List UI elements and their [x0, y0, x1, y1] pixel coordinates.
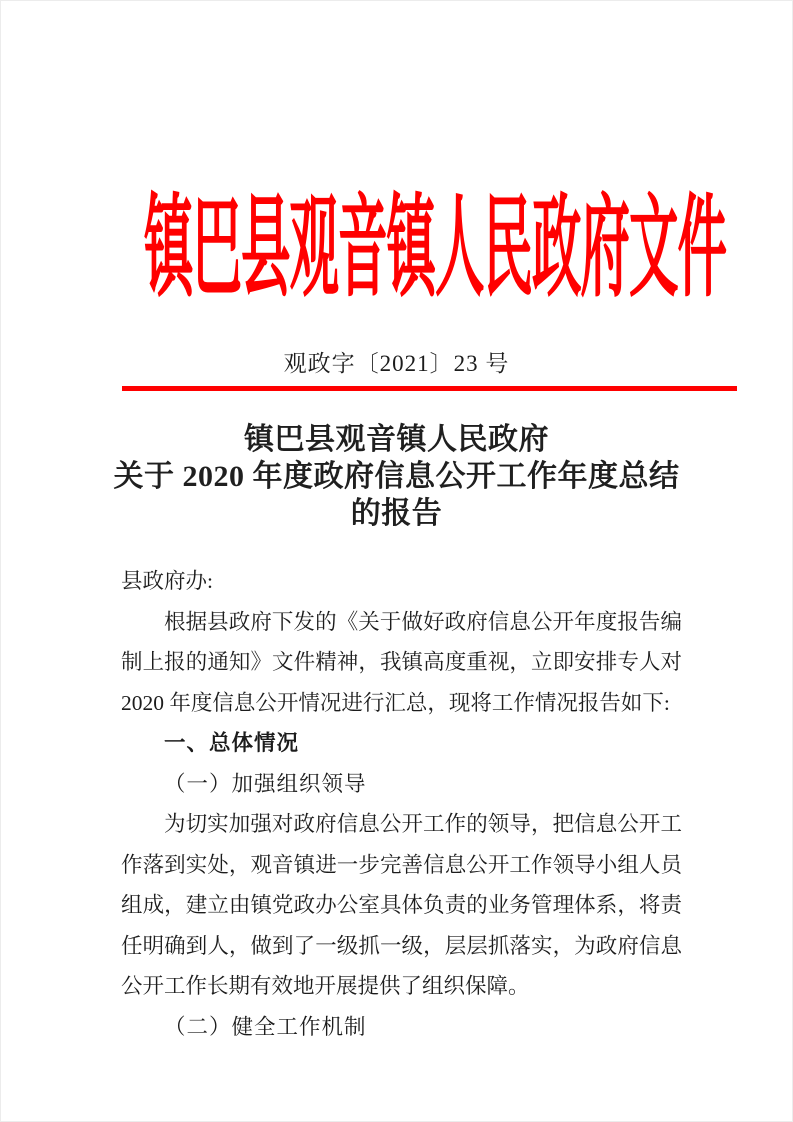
- document-body: 县政府办: 根据县政府下发的《关于做好政府信息公开年度报告编制上报的通知》文件精…: [121, 561, 682, 1047]
- title-line-1: 镇巴县观音镇人民政府: [1, 421, 792, 458]
- section-1-sub-2-heading: （二）健全工作机制: [121, 1007, 682, 1048]
- salutation: 县政府办:: [121, 561, 682, 602]
- document-page: 镇巴县观音镇人民政府文件 观政字〔2021〕23 号 镇巴县观音镇人民政府 关于…: [0, 0, 793, 1122]
- section-1-sub-1-heading: （一）加强组织领导: [121, 764, 682, 805]
- red-header-banner: 镇巴县观音镇人民政府文件: [38, 159, 793, 231]
- red-divider-line: [122, 386, 737, 391]
- title-line-3: 的报告: [1, 495, 792, 532]
- intro-paragraph: 根据县政府下发的《关于做好政府信息公开年度报告编制上报的通知》文件精神，我镇高度…: [121, 602, 682, 724]
- title-line-2: 关于 2020 年度政府信息公开工作年度总结: [1, 458, 792, 495]
- issuing-authority-banner-text: 镇巴县观音镇人民政府文件: [143, 159, 725, 319]
- section-1-sub-1-paragraph: 为切实加强对政府信息公开工作的领导，把信息公开工作落到实处，观音镇进一步完善信息…: [121, 804, 682, 1007]
- document-title: 镇巴县观音镇人民政府 关于 2020 年度政府信息公开工作年度总结 的报告: [1, 421, 792, 532]
- document-number: 观政字〔2021〕23 号: [1, 345, 792, 378]
- section-1-heading: 一、总体情况: [121, 723, 682, 764]
